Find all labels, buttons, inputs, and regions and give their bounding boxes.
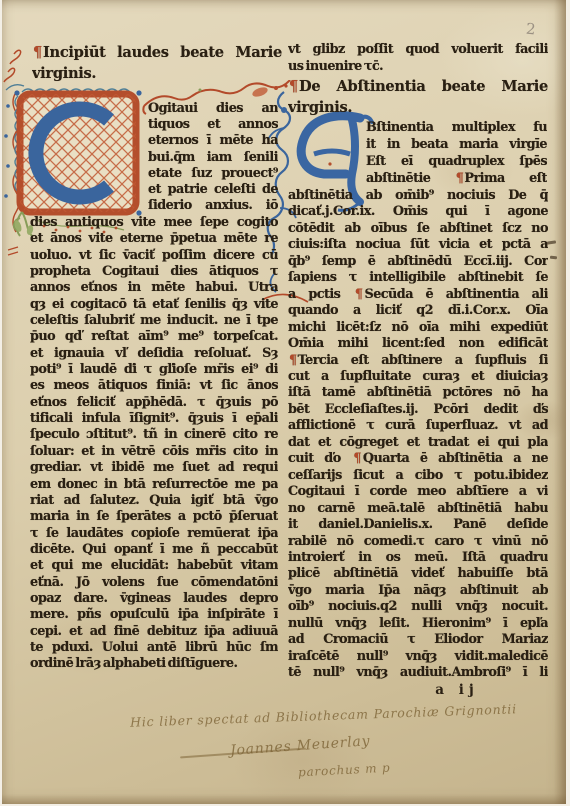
column2-text: abſtinētia ab om̄ib⁹ nociuis De q̄dicať.… xyxy=(288,188,548,682)
text-line: em donec in btā reſurrectōe me pa xyxy=(30,477,278,493)
text-line: maria in ſe ſperātes a pctō p̄ſeruat xyxy=(30,509,278,525)
chapter-heading-right: ¶De Abſtinentia beate Marievirginis. xyxy=(288,76,548,118)
text-line: ¶Tercia eſt abſtinere a ſupfluis ſi xyxy=(288,353,548,369)
text-line: dies antiquos vite mee ſepe cogito xyxy=(30,215,278,231)
text-line: virginis. xyxy=(32,63,282,84)
text-line: ſiderio anxius. iō xyxy=(148,198,278,214)
text-line: annos eťnos in mēte habui. Utra xyxy=(30,280,278,296)
text-line: Om̄ia mihi licent:ſed non edificāt xyxy=(288,336,548,352)
column1-text: dies antiquos vite mee ſepe cogitoet āno… xyxy=(30,215,278,673)
text-line: q̄b⁹ ſemp ē abſtinēdū Eccī.iij. Cor xyxy=(288,254,548,270)
text-line: et patrie celeſti de xyxy=(148,182,278,198)
text-line: iſtā tamē abſtinētiā pctōres nō ha xyxy=(288,385,548,401)
text-line: ſapiens τ intelligibile abſtinebit ſe xyxy=(288,270,548,286)
text-line: opaz dare. v̄gineas laudes depro xyxy=(30,591,278,607)
text-line: eťnā. Jō volens ſue cōmendatōni xyxy=(30,575,278,591)
text-line: p̄uo qď reſtat aīm⁹ me⁹ torpeſcat. xyxy=(30,329,278,345)
text-line: oīb⁹ nociuis.q2 nulli vnq̄ȝ nocuit. xyxy=(288,599,548,615)
text-line: it daniel.Danielis.x. Panē deſide xyxy=(288,517,548,533)
text-line: bui.q̄m iam ſenili xyxy=(148,150,278,166)
text-line: afflictionē τ curā ſuperfluaz. vt ad xyxy=(288,418,548,434)
text-line: cut a ſupfluitate curaȝ et diuiciaȝ xyxy=(288,369,548,385)
text-line: Bſtinentia multiplex fu xyxy=(366,119,547,136)
text-line: ¶Incipiūt laudes beate Marie xyxy=(32,42,282,63)
text-line: plicē abſtinētiā videť habuiſſe btā xyxy=(288,566,548,582)
owner-title: parochus m p xyxy=(298,761,391,780)
text-line: celeſtis ſalubriť me inducit. ne ī tpe xyxy=(30,313,278,329)
text-line: Cogitaui ī corde meo abſtīere a vi xyxy=(288,484,548,500)
text-line: etate ſuz prouect⁹ xyxy=(148,166,278,182)
text-line: et ignauia vľ deſidia reſoluať. Sȝ xyxy=(30,346,278,362)
ex-libris-inscription: Hic liber spectat ad Bibliothecam Paroch… xyxy=(130,701,517,729)
text-line: poti⁹ ī laudē ďi τ gľioſe mr̄is ei⁹ di xyxy=(30,362,278,378)
text-line: dat et cōgreget et tradat ei qui pla xyxy=(288,435,548,451)
text-line: it in beata maria virgīe xyxy=(366,136,547,153)
text-line: ſpeculo ɔſtitut⁹. tñ in cinerē cito re xyxy=(30,427,278,443)
text-line: v̄go maria Ip̄a nāqȝ abſtinuit ab xyxy=(288,583,548,599)
text-line: grediar. vt ibidē me ſuet ad requi xyxy=(30,460,278,476)
text-line: τ ſe laudātes copioſe remūerat ip̄a xyxy=(30,526,278,542)
text-line: es meos ātiquos finiā: vt ſic ānos xyxy=(30,378,278,394)
text-line: iraſcētē null⁹ vnq̄ȝ vidit.maledicē xyxy=(288,649,548,665)
ink-speck xyxy=(550,256,557,260)
text-line: cepi. et ad finē debituz ip̄a adiuuā xyxy=(30,624,278,640)
text-line: cōtēdit ab oībus ſe abſtinet ſcz no xyxy=(288,221,548,237)
text-line: ſoluar: et in vētrē cōis mr̄is cito in xyxy=(30,444,278,460)
column1-indented-text: Ogitaui dies antiquos et annoseternos ī … xyxy=(148,101,278,214)
text-line: dicať.j.Cor.ix. Om̄is qui ī agone xyxy=(288,204,548,220)
text-line: propheta Cogitaui dies ātiquos τ xyxy=(30,264,278,280)
text-line: dicēte. Qui opanť ī me ñ peccabūt xyxy=(30,542,278,558)
ink-speck xyxy=(547,240,556,244)
owner-signature: Joannes Meuerlay xyxy=(230,733,371,759)
text-line: bēt Eccleſiaſtes.ij. Pcōri dedit ďs xyxy=(288,402,548,418)
text-line: abſtinētia ab om̄ib⁹ nociuis De q̄ xyxy=(288,188,548,204)
incunable-page: 2 xyxy=(2,0,566,804)
text-line: ciuis:iſta nociua ſūt vicia et pctā a xyxy=(288,237,548,253)
text-line: riat ad ſalutez. Quia igiť btā v̄go xyxy=(30,493,278,509)
text-line: vt glibz poſſit quod voluerit facili xyxy=(288,42,548,59)
text-line: tē null⁹ vnq̄ȝ audiuit.Ambroſi⁹ ī li xyxy=(288,665,548,681)
text-line: et ānos vite eterne p̄petua mēte re xyxy=(30,231,278,247)
signature-mark: a ij xyxy=(422,682,492,698)
text-line: qȝ ei cogitacō tā etať ſenilis q̄ȝ vite xyxy=(30,297,278,313)
text-line: Eſt eī quadruplex ſpēs xyxy=(366,153,547,170)
text-line: us inuenire τc̄. xyxy=(288,59,548,76)
text-line: mere. pñs opuſculū ip̄a inſpirāte ī xyxy=(30,607,278,623)
text-line: virginis. xyxy=(288,97,548,118)
chapter-heading-left: ¶Incipiūt laudes beate Marievirginis. xyxy=(32,42,282,84)
text-line: no carnē meā.talē abſtinētiā habu xyxy=(288,501,548,517)
text-line: et qui me elucidāt: habebūt vitam xyxy=(30,558,278,574)
folio-number: 2 xyxy=(525,20,536,39)
text-line: uoluo. vt ſic v̄aciť poſſim dicere cū xyxy=(30,248,278,264)
column2-indented-text: Bſtinentia multiplex fuit in beata maria… xyxy=(366,119,547,187)
text-line: quando a liciť q2 dī.i.Cor.x. Oīa xyxy=(288,303,548,319)
text-line: te pduxi. Uolui antē librū hūc ſm xyxy=(30,640,278,656)
text-line: introierť in os meū. Iſtā quadru xyxy=(288,550,548,566)
column2-intro-text: vt glibz poſſit quod voluerit facilius i… xyxy=(288,42,548,76)
book-page-photo: 2 xyxy=(0,0,570,806)
text-line: eťnos feliciť app̄hēdā. τ q̄ȝuis pō xyxy=(30,395,278,411)
text-line: michi licēt:ſz nō oīa mihi expediūt xyxy=(288,320,548,336)
text-line: rabilē nō comedi.τ caro τ vinū nō xyxy=(288,534,548,550)
text-line: eternos ī mēte ha xyxy=(148,133,278,149)
text-line: ad Cromaciū τ Eliodor Mariaz xyxy=(288,632,548,648)
text-line: ¶De Abſtinentia beate Marie xyxy=(288,76,548,97)
text-line: tificali infula īſignit⁹. q̄ȝuis ī ep̄al… xyxy=(30,411,278,427)
text-line: ceſſarijs ſicut a cibo τ potu.ibidez xyxy=(288,468,548,484)
text-line: a pctis ¶Secūda ē abſtinentia ali xyxy=(288,287,548,303)
text-line: abſtinētie ¶Prima eſt xyxy=(366,170,547,187)
text-line: tiquos et annos xyxy=(148,117,278,133)
text-line: nullū vnq̄ȝ leſit. Hieronim⁹ ī epľa xyxy=(288,616,548,632)
text-line: cuit ďo ¶Quarta ē abſtinētia a ne xyxy=(288,451,548,467)
text-line: Ogitaui dies an xyxy=(148,101,278,117)
text-line: ordinē lrāȝ alphabeti diſtīguere. xyxy=(30,656,278,672)
